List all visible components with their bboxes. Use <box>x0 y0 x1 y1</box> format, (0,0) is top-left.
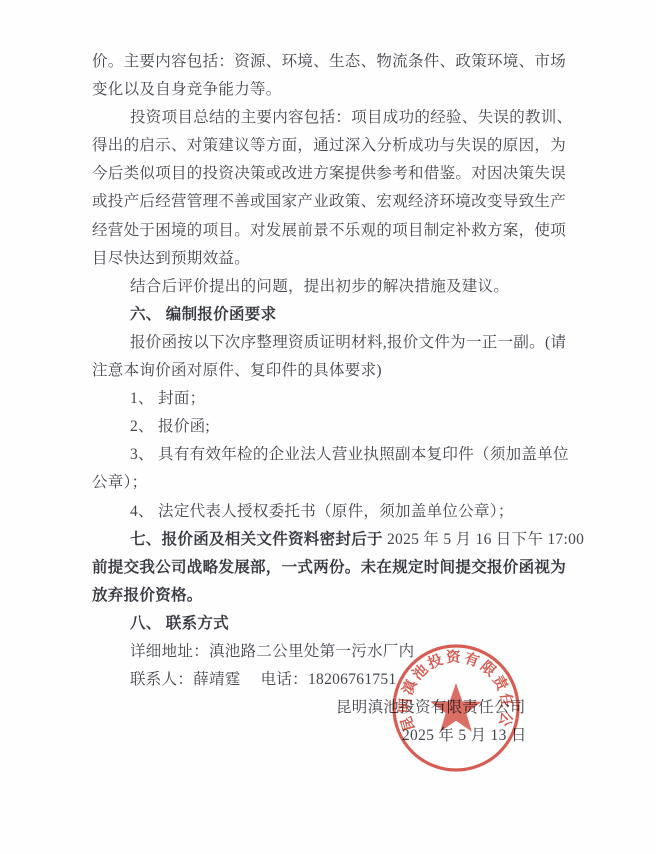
document-body: 价。主要内容包括：资源、环境、生态、物流条件、政策环境、市场 变化以及自身竞争能… <box>92 48 564 750</box>
body-paragraph-line: 投资项目总结的主要内容包括：项目成功的经验、失误的教训、 <box>92 104 564 132</box>
body-paragraph-line: 经营处于困境的项目。对发展前景不乐观的项目制定补救方案，使项 <box>92 217 564 245</box>
body-paragraph-line: 变化以及自身竞争能力等。 <box>92 76 564 104</box>
body-paragraph-line: 报价函按以下次序整理资质证明材料,报价文件为一正一副。(请 <box>92 329 564 357</box>
body-paragraph-line: 今后类似项目的投资决策或改进方案提供参考和借鉴。对因决策失误 <box>92 160 564 188</box>
list-item-line: 1、 封面； <box>92 385 564 413</box>
deadline-line: 七、报价函及相关文件资料密封后于 2025 年 5 月 16 日下午 17:00 <box>92 526 564 554</box>
list-item-line: 公章）； <box>92 469 564 497</box>
body-paragraph-line: 结合后评价提出的问题，提出初步的解决措施及建议。 <box>92 273 564 301</box>
contact-person-line: 联系人：薛靖霆 电话：18206761751 <box>92 666 564 694</box>
deadline-line: 前提交我公司战略发展部，一式两份。未在规定时间提交报价函视为 <box>92 554 564 582</box>
body-paragraph-line: 或投产后经营管理不善或国家产业政策、宏观经济环境改变导致生产 <box>92 188 564 216</box>
contact-address-line: 详细地址：滇池路二公里处第一污水厂内 <box>92 638 564 666</box>
signature-date: 2025 年 5 月 13 日 <box>92 722 564 750</box>
body-paragraph-line: 价。主要内容包括：资源、环境、生态、物流条件、政策环境、市场 <box>92 48 564 76</box>
deadline-line: 放弃报价资格。 <box>92 582 564 610</box>
list-item-line: 3、 具有有效年检的企业法人营业执照副本复印件（须加盖单位 <box>92 441 564 469</box>
body-paragraph-line: 目尽快达到预期效益。 <box>92 245 564 273</box>
company-signature: 昆明滇池投资有限责任公司 <box>92 694 564 722</box>
deadline-bold-text: 七、报价函及相关文件资料密封后于 <box>130 531 387 548</box>
body-paragraph-line: 得出的启示、对策建议等方面，通过深入分析成功与失误的原因，为 <box>92 132 564 160</box>
section-six-heading: 六、 编制报价函要求 <box>92 301 564 329</box>
list-item-line: 4、 法定代表人授权委托书（原件，须加盖单位公章）； <box>92 498 564 526</box>
list-item-line: 2、 报价函; <box>92 413 564 441</box>
document-page: 价。主要内容包括：资源、环境、生态、物流条件、政策环境、市场 变化以及自身竞争能… <box>0 0 656 854</box>
section-eight-heading: 八、 联系方式 <box>92 610 564 638</box>
body-paragraph-line: 注意本询价函对原件、复印件的具体要求) <box>92 357 564 385</box>
deadline-datetime: 2025 年 5 月 16 日下午 17:00 <box>387 531 584 548</box>
